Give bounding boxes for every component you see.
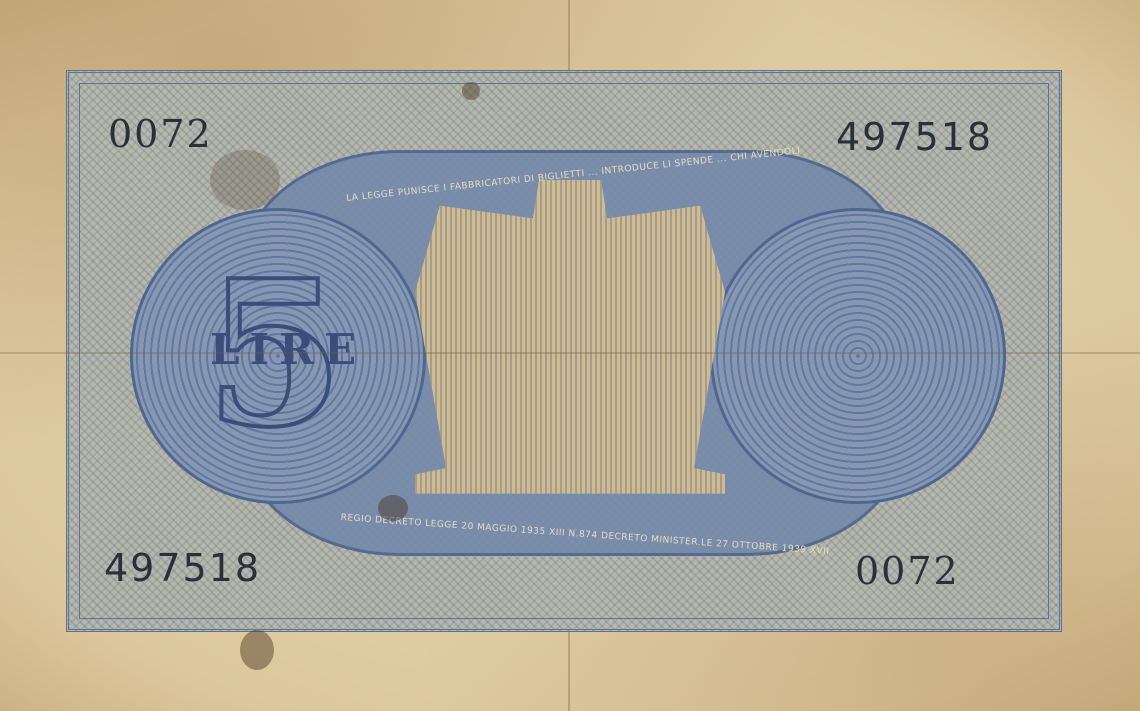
serial-bottom-left: 497518 <box>104 546 261 590</box>
denomination-word: LIRE <box>210 325 366 374</box>
right-guilloche-rosette <box>710 208 1006 504</box>
serial-top-right: 497518 <box>836 115 993 159</box>
fold-crease-horizontal <box>0 352 1140 354</box>
serial-top-left: 0072 <box>108 112 213 156</box>
stain-spot <box>240 630 274 670</box>
serial-bottom-right: 0072 <box>855 549 960 593</box>
stain-spot <box>462 82 480 100</box>
stain-spot <box>210 150 280 210</box>
eagle-emblem-icon <box>415 180 725 500</box>
stain-spot <box>378 495 408 521</box>
